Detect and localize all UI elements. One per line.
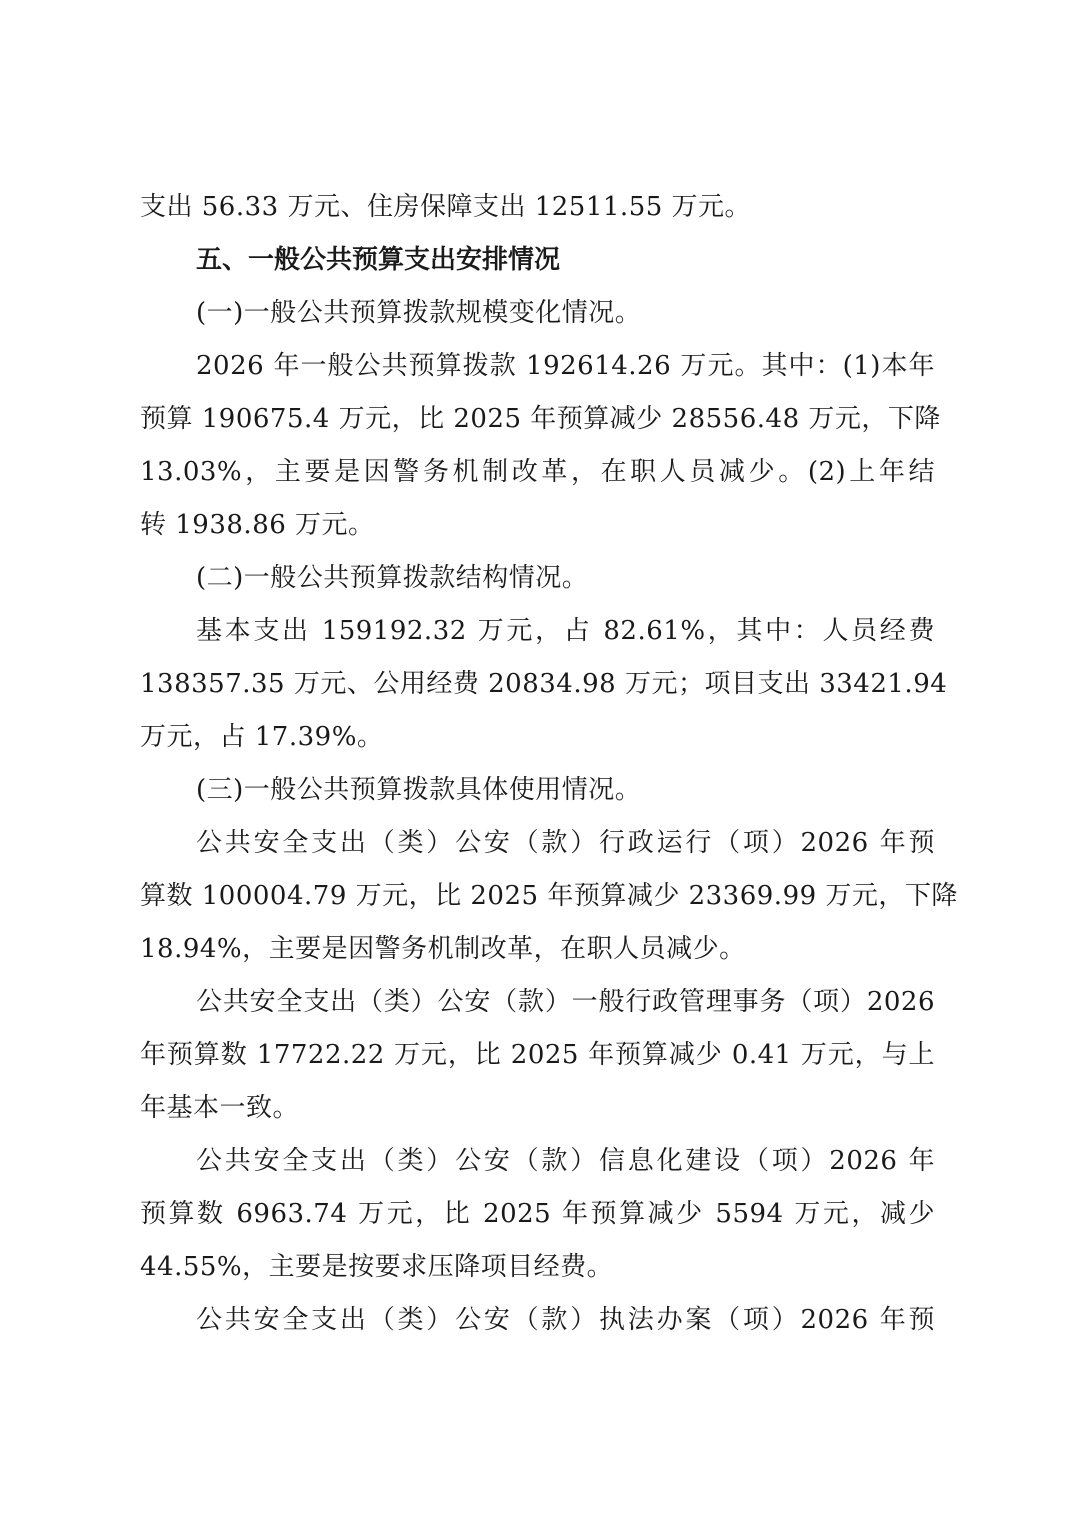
paragraph-line: 公共安全支出（类）公安（款）一般行政管理事务（项）2026 [140, 976, 935, 1029]
paragraph-line: 预算 190675.4 万元，比 2025 年预算减少 28556.48 万元，… [140, 393, 935, 446]
paragraph-line: 公共安全支出（类）公安（款）行政运行（项）2026 年预 [140, 817, 935, 870]
paragraph-line: 公共安全支出（类）公安（款）信息化建设（项）2026 年 [140, 1135, 935, 1188]
document-page: 支出 56.33 万元、住房保障支出 12511.55 万元。 五、一般公共预算… [140, 181, 935, 1347]
paragraph-line: 算数 100004.79 万元，比 2025 年预算减少 23369.99 万元… [140, 870, 935, 923]
paragraph-line: 44.55%，主要是按要求压降项目经费。 [140, 1241, 935, 1294]
subsection-heading-2: (二)一般公共预算拨款结构情况。 [140, 552, 935, 605]
paragraph-line: 公共安全支出（类）公安（款）执法办案（项）2026 年预 [140, 1294, 935, 1347]
paragraph-line: 预算数 6963.74 万元，比 2025 年预算减少 5594 万元，减少 [140, 1188, 935, 1241]
subsection-heading-3: (三)一般公共预算拨款具体使用情况。 [140, 764, 935, 817]
paragraph-line: 年基本一致。 [140, 1082, 935, 1135]
section-heading-five: 五、一般公共预算支出安排情况 [140, 234, 935, 287]
paragraph-line: 基本支出 159192.32 万元，占 82.61%，其中：人员经费 [140, 605, 935, 658]
paragraph-line: 138357.35 万元、公用经费 20834.98 万元；项目支出 33421… [140, 658, 935, 711]
paragraph-line: 年预算数 17722.22 万元，比 2025 年预算减少 0.41 万元，与上 [140, 1029, 935, 1082]
paragraph-line: 13.03%，主要是因警务机制改革，在职人员减少。(2)上年结 [140, 446, 935, 499]
subsection-heading-1: (一)一般公共预算拨款规模变化情况。 [140, 287, 935, 340]
paragraph-line: 2026 年一般公共预算拨款 192614.26 万元。其中：(1)本年 [140, 340, 935, 393]
paragraph-line: 18.94%，主要是因警务机制改革，在职人员减少。 [140, 923, 935, 976]
text-line-continuation: 支出 56.33 万元、住房保障支出 12511.55 万元。 [140, 181, 935, 234]
paragraph-line: 转 1938.86 万元。 [140, 499, 935, 552]
paragraph-line: 万元，占 17.39%。 [140, 711, 935, 764]
